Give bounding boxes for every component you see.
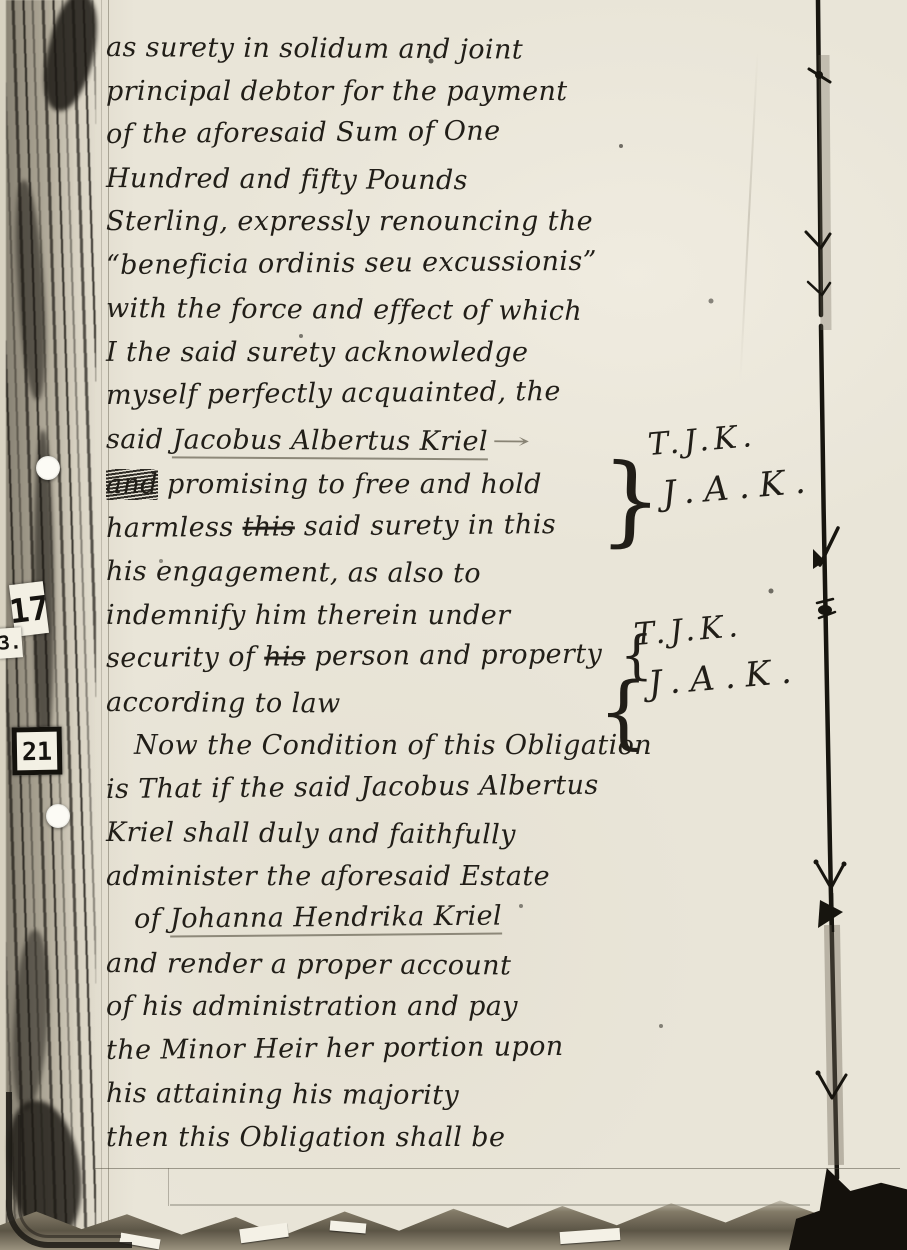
text-segment: Now the Condition of this Obligation — [134, 730, 652, 761]
text-segment: his — [264, 641, 305, 672]
text-segment: said surety in this — [295, 509, 556, 542]
text-segment: Hundred and fifty Pounds — [106, 163, 468, 196]
text-segment: myself perfectly acquainted, the — [106, 376, 561, 411]
text-segment: said — [106, 424, 173, 455]
spine-label-21: 21 — [12, 727, 63, 776]
manuscript-line: myself perfectly acquainted, the — [106, 369, 726, 418]
text-segment: of his administration and pay — [106, 991, 518, 1022]
text-segment: harmless — [106, 511, 243, 543]
text-segment: of — [134, 903, 170, 934]
paper-crease — [739, 50, 758, 380]
margin-brace: } — [598, 451, 664, 551]
manuscript-line: the Minor Heir her portion upon — [106, 1023, 726, 1072]
underlined-name: Jacobus Albertus Kriel — [172, 424, 488, 460]
ink-specks — [0, 0, 2, 2]
text-segment: I the said surety acknowledge — [106, 337, 528, 368]
manuscript-scan: 17 3. 21 as surety in solidum and jointp… — [0, 0, 907, 1250]
margin-initials-2: T.J.K. J.A.K. — [632, 603, 802, 705]
text-segment: and render a proper account — [106, 948, 511, 981]
text-segment: with the force and effect of which — [106, 293, 582, 327]
text-segment: as surety in solidum and joint — [106, 32, 523, 66]
text-segment: principal debtor for the payment — [106, 76, 568, 107]
text-segment: according to law — [106, 687, 341, 719]
text-segment: his attaining his majority — [106, 1078, 459, 1111]
manuscript-line: as surety in solidum and joint — [106, 26, 726, 73]
hole-punch — [36, 456, 60, 480]
text-segment: promising to free and hold — [158, 469, 542, 500]
hole-punch — [46, 804, 70, 828]
manuscript-line: I the said surety acknowledge — [106, 331, 726, 375]
manuscript-line: of the aforesaid Sum of One — [106, 108, 726, 157]
spine-label-3: 3. — [0, 627, 23, 659]
manuscript-line: Sterling, expressly renouncing the — [106, 200, 726, 244]
manuscript-line: and render a proper account — [106, 942, 726, 989]
text-segment: Kriel shall duly and faithfully — [106, 817, 516, 851]
text-segment: is That if the said Jacobus Albertus — [106, 769, 599, 804]
manuscript-line: with the force and effect of which — [106, 287, 726, 334]
manuscript-line: “beneficia ordinis seu excussionis” — [106, 238, 726, 287]
text-segment: indemnify him therein under — [106, 600, 510, 631]
initials-line: J.A.K. — [637, 651, 803, 705]
text-segment: his engagement, as also to — [106, 556, 481, 589]
manuscript-line: his attaining his majority — [106, 1072, 726, 1119]
manuscript-text: as surety in solidum and jointprincipal … — [106, 26, 726, 1159]
text-segment: this — [242, 511, 295, 542]
stitching-marks — [780, 0, 907, 1250]
text-segment: → — [492, 420, 532, 464]
book-corner-edge — [18, 1115, 121, 1238]
manuscript-line: principal debtor for the payment — [106, 70, 726, 114]
manuscript-line: is That if the said Jacobus Albertus — [106, 762, 726, 811]
manuscript-line: Kriel shall duly and faithfully — [106, 811, 726, 858]
text-segment: administer the aforesaid Estate — [106, 861, 550, 892]
manuscript-line: administer the aforesaid Estate — [106, 855, 726, 899]
manuscript-line: of Johanna Hendrika Kriel — [106, 893, 726, 942]
margin-brace: { — [598, 672, 649, 752]
page-edge-line — [101, 0, 102, 1250]
manuscript-line: of his administration and pay — [106, 985, 726, 1029]
sheet-corner-line — [168, 1168, 169, 1206]
bottom-rule-line — [95, 1168, 900, 1169]
manuscript-line: then this Obligation shall be — [106, 1116, 726, 1160]
text-segment: “beneficia ordinis seu excussionis” — [106, 245, 597, 280]
underlined-name: Johanna Hendrika Kriel — [170, 901, 502, 938]
bottom-rule-line — [170, 1204, 810, 1206]
text-segment: Sterling, expressly renouncing the — [106, 206, 593, 237]
text-segment: person and property — [305, 639, 602, 673]
manuscript-line: Hundred and fifty Pounds — [106, 157, 726, 204]
text-segment: security of — [106, 642, 264, 674]
text-segment: then this Obligation shall be — [106, 1122, 505, 1153]
text-segment: of the aforesaid Sum of One — [106, 116, 501, 150]
text-segment: the Minor Heir her portion upon — [106, 1031, 564, 1066]
text-segment: and — [106, 469, 158, 500]
